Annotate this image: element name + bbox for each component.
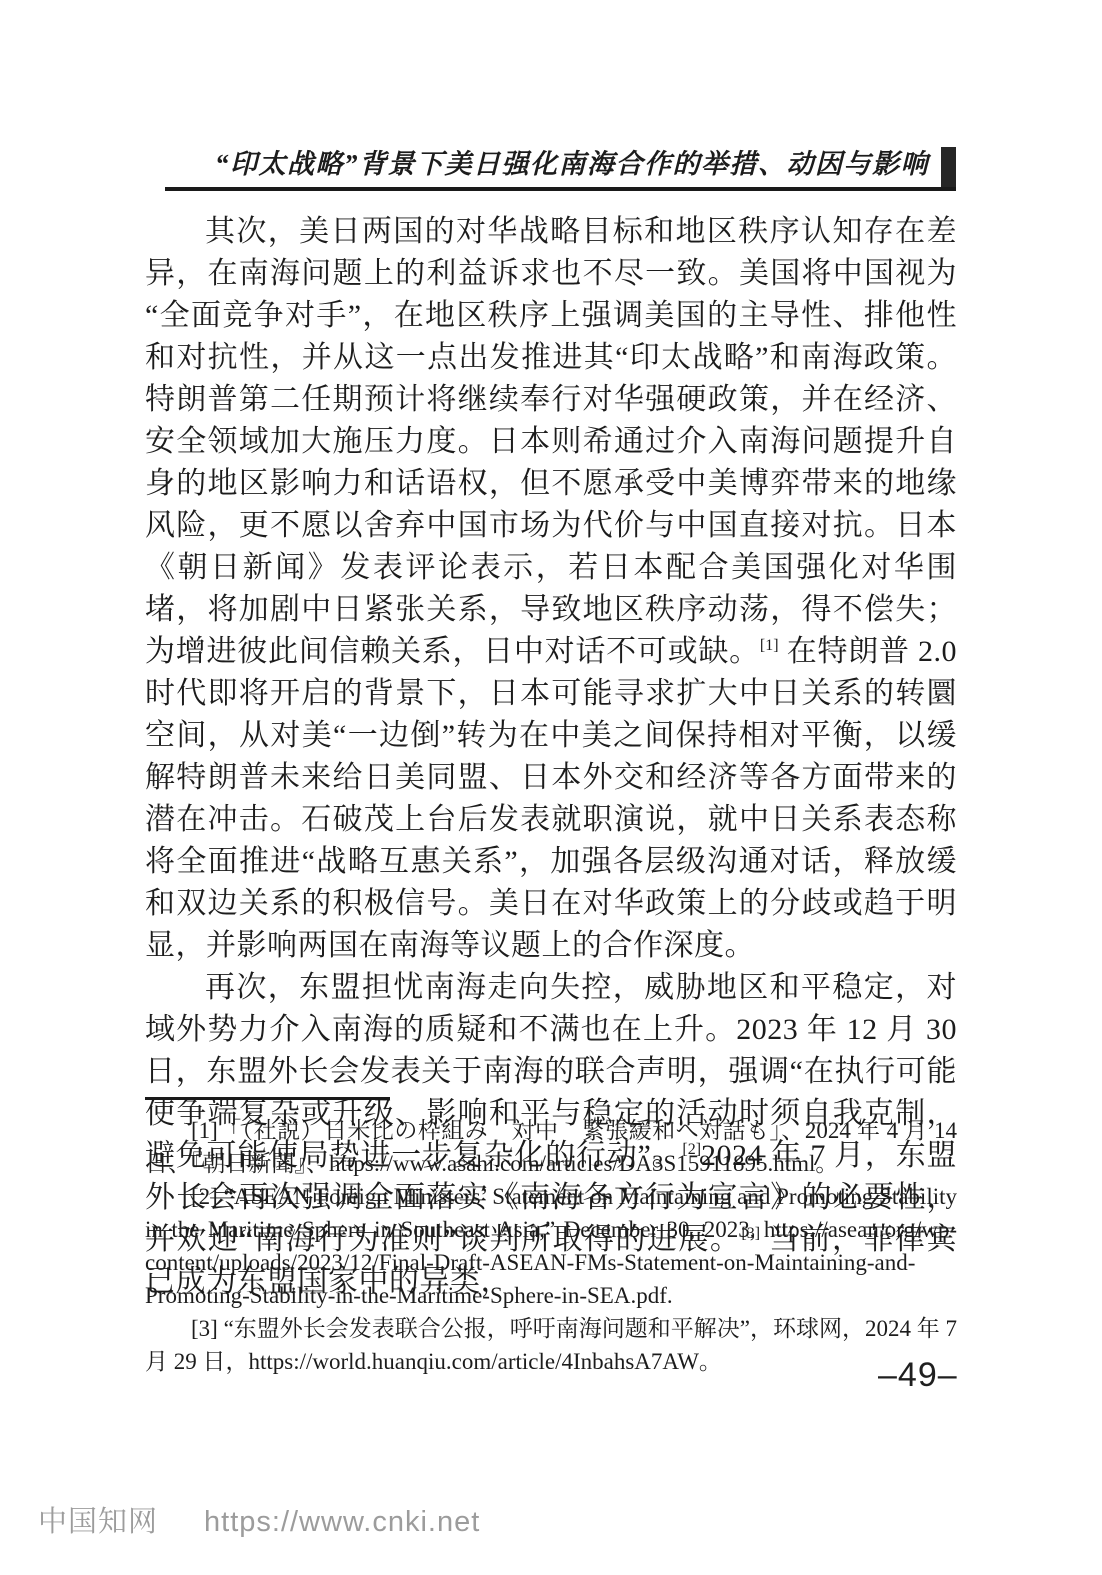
footnote-marker: [1] xyxy=(760,637,779,654)
footnote-list: [1]「（社説）日米比の枠組み 対中 緊張緩和へ対話も」、2024 年 4 月 … xyxy=(145,1114,957,1378)
cnki-brand-text: 中国知网 xyxy=(38,1499,158,1540)
footnote-item: [1]「（社説）日米比の枠組み 対中 緊張緩和へ対話も」、2024 年 4 月 … xyxy=(145,1114,957,1180)
body-paragraph: 其次，美日两国的对华战略目标和地区秩序认知存在差异，在南海问题上的利益诉求也不尽… xyxy=(145,211,957,967)
page-number: –49– xyxy=(878,1356,958,1395)
page-header: “印太战略”背景下美日强化南海合作的举措、动因与影响 xyxy=(165,147,956,191)
footnote-separator-rule xyxy=(145,1097,390,1100)
cnki-url-text: https://www.cnki.net xyxy=(204,1506,480,1539)
footnote-item: [2] “ASEAN Foreign Ministers’ Statement … xyxy=(145,1180,957,1312)
header-corner-bar xyxy=(941,147,956,187)
footnotes-section: [1]「（社説）日米比の枠組み 対中 緊張緩和へ対話も」、2024 年 4 月 … xyxy=(145,1097,957,1378)
page: “印太战略”背景下美日强化南海合作的举措、动因与影响 其次，美日两国的对华战略目… xyxy=(0,0,1102,1575)
running-title: “印太战略”背景下美日强化南海合作的举措、动因与影响 xyxy=(165,148,941,187)
cnki-watermark: 中国知网 https://www.cnki.net xyxy=(38,1499,480,1540)
footnote-item: [3] “东盟外长会发表联合公报，呼吁南海问题和平解决”，环球网，2024 年 … xyxy=(145,1312,957,1378)
